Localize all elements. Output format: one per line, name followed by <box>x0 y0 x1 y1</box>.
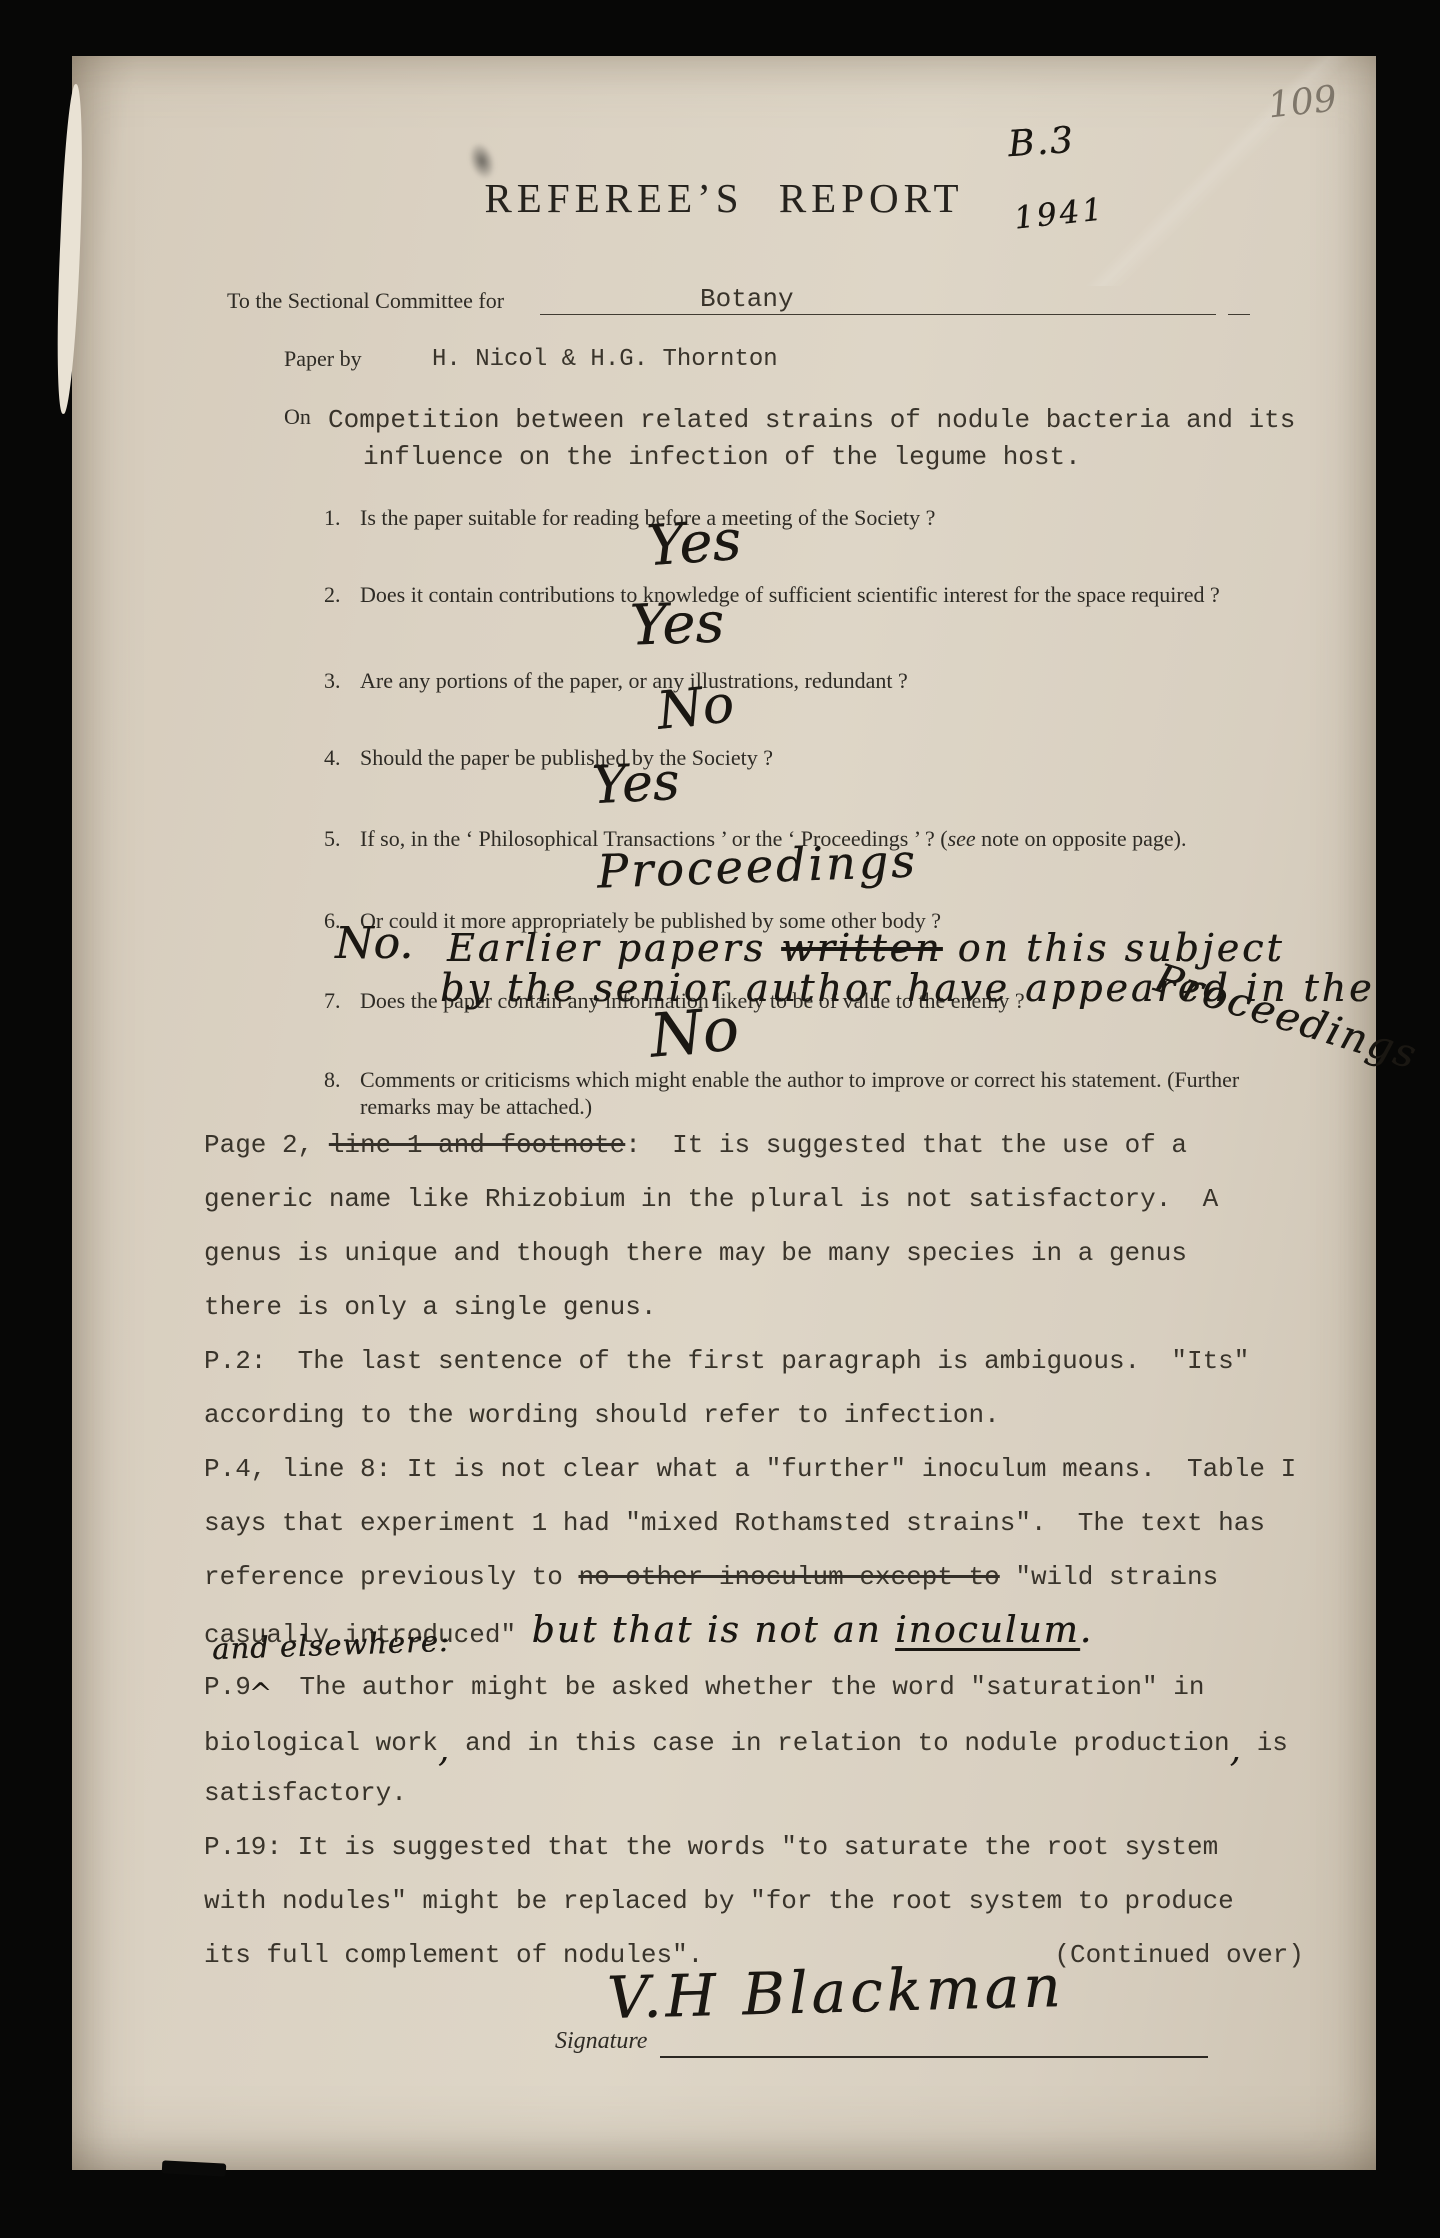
handwritten-caret: ^ <box>249 1677 272 1710</box>
typed-text: biological work <box>204 1728 438 1758</box>
comment-line: P.4, line 8: It is not clear what a "fur… <box>204 1442 1370 1496</box>
paper-by-label: Paper by <box>284 346 362 372</box>
typed-text: P.19: It is suggested that the words "to… <box>204 1832 1218 1862</box>
typed-text: P.4, line 8: It is not clear what a "fur… <box>204 1454 1296 1484</box>
handwritten-insertion: . <box>1080 1610 1093 1651</box>
handwritten-file-ref: B.3 <box>1007 120 1077 166</box>
committee-label: To the Sectional Committee for <box>227 288 504 314</box>
comment-line: Page 2, line 1 and footnote: It is sugge… <box>204 1118 1370 1172</box>
torn-edge <box>53 84 87 415</box>
question-4-text: Should the paper be published by the Soc… <box>360 745 773 770</box>
bottom-edge-nick <box>162 2160 227 2176</box>
question-8-number: 8. <box>324 1066 360 1093</box>
committee-blank-line-dash <box>1228 286 1250 315</box>
typed-text: according to the wording should refer to… <box>204 1400 1000 1430</box>
question-3-text: Are any portions of the paper, or any il… <box>360 668 908 693</box>
paper-subject: Competition between related strains of n… <box>328 402 1323 476</box>
answer-6-struck-word: written <box>781 926 942 970</box>
typed-text: is <box>1241 1728 1288 1758</box>
document-page: 109 B.3 REFEREE’S REPORT 1941 To the Sec… <box>72 56 1376 2170</box>
question-7-number: 7. <box>324 987 360 1014</box>
question-5-text-italic: see <box>948 826 976 851</box>
question-8: 8.Comments or criticisms which might ena… <box>324 1066 1290 1120</box>
typed-text-struck: line 1 and footnote <box>329 1130 625 1160</box>
typed-text: satisfactory. <box>204 1778 407 1808</box>
question-3: 3.Are any portions of the paper, or any … <box>324 667 1290 694</box>
typed-text: with nodules" might be replaced by "for … <box>204 1886 1234 1916</box>
comment-line: there is only a single genus. <box>204 1280 1370 1334</box>
question-1-number: 1. <box>324 504 360 531</box>
question-3-number: 3. <box>324 667 360 694</box>
comment-line: P.19: It is suggested that the words "to… <box>204 1820 1370 1874</box>
comment-line: biological work, and in this case in rel… <box>204 1712 1370 1766</box>
typed-text: P.9 <box>204 1672 251 1702</box>
comment-paragraph: P.19: It is suggested that the words "to… <box>204 1820 1370 1982</box>
question-8-text: Comments or criticisms which might enabl… <box>360 1067 1239 1119</box>
comment-line: P.2: The last sentence of the first para… <box>204 1334 1370 1388</box>
handwritten-answer-7: No <box>647 994 741 1071</box>
typed-text: genus is unique and though there may be … <box>204 1238 1187 1268</box>
signature-label: Signature <box>555 2028 647 2055</box>
handwritten-comma: , <box>1230 1729 1241 1770</box>
comment-line: with nodules" might be replaced by "for … <box>204 1874 1370 1928</box>
page-title: REFEREE’S REPORT <box>72 174 1376 222</box>
question-5-number: 5. <box>324 825 360 852</box>
subject-label: On <box>284 404 311 430</box>
question-2-text: Does it contain contributions to knowled… <box>360 582 1220 607</box>
handwritten-comma: , <box>438 1729 449 1770</box>
handwritten-answer-6-no: No. <box>335 918 413 969</box>
comment-paragraph: P.9^ The author might be asked whether t… <box>204 1658 1370 1820</box>
comment-line: reference previously to no other inoculu… <box>204 1550 1370 1604</box>
comment-line: generic name like Rhizobium in the plura… <box>204 1172 1370 1226</box>
typed-text: P.2: The last sentence of the first para… <box>204 1346 1249 1376</box>
comment-line: according to the wording should refer to… <box>204 1388 1370 1442</box>
pencil-page-number: 109 <box>1266 79 1339 127</box>
referee-signature: V.H Blackman <box>606 1952 1065 2032</box>
typed-text: there is only a single genus. <box>204 1292 656 1322</box>
question-2: 2.Does it contain contributions to knowl… <box>324 581 1290 608</box>
answer-6-line1a: Earlier papers <box>447 926 781 970</box>
handwritten-insertion: but that is not an <box>532 1610 895 1651</box>
typed-text: says that experiment 1 had "mixed Rotham… <box>204 1508 1265 1538</box>
typed-text: and in this case in relation to nodule p… <box>450 1728 1230 1758</box>
typed-text: The author might be asked whether the wo… <box>268 1672 1204 1702</box>
question-4-number: 4. <box>324 744 360 771</box>
typed-text-struck: no other inoculum except to <box>578 1562 999 1592</box>
handwritten-answer-5: Proceedings <box>596 833 918 898</box>
handwritten-answer-4: Yes <box>590 752 680 816</box>
committee-value: Botany <box>700 284 794 314</box>
scan-background: 109 B.3 REFEREE’S REPORT 1941 To the Sec… <box>0 0 1440 2238</box>
handwritten-answer-1: Yes <box>645 508 743 579</box>
answer-6-line1b: on this subject <box>943 926 1285 970</box>
comment-line: genus is unique and though there may be … <box>204 1226 1370 1280</box>
continued-over-note: (Continued over) <box>1054 1928 1304 1982</box>
comment-paragraph: Page 2, line 1 and footnote: It is sugge… <box>204 1118 1370 1334</box>
typed-text: reference previously to <box>204 1562 578 1592</box>
handwritten-answer-3: No <box>654 674 737 742</box>
paper-by-authors: H. Nicol & H.G. Thornton <box>432 346 778 373</box>
typed-text: generic name like Rhizobium in the plura… <box>204 1184 1218 1214</box>
comment-line: P.9^ The author might be asked whether t… <box>204 1658 1370 1712</box>
question-1: 1.Is the paper suitable for reading befo… <box>324 504 1290 531</box>
signature-rule <box>660 2026 1208 2058</box>
comments-block: Page 2, line 1 and footnote: It is sugge… <box>204 1118 1370 1982</box>
committee-blank-line <box>540 286 1216 315</box>
typed-text: Page 2, <box>204 1130 329 1160</box>
comment-paragraph: P.2: The last sentence of the first para… <box>204 1334 1370 1442</box>
question-2-number: 2. <box>324 581 360 608</box>
comment-line: says that experiment 1 had "mixed Rotham… <box>204 1496 1370 1550</box>
typed-text: : It is suggested that the use of a <box>625 1130 1187 1160</box>
question-4: 4.Should the paper be published by the S… <box>324 744 1290 771</box>
handwritten-insertion-underlined: inoculum <box>895 1610 1080 1651</box>
comment-line: satisfactory. <box>204 1766 1370 1820</box>
handwritten-answer-2: Yes <box>629 590 725 658</box>
question-5-text-end: note on opposite page). <box>976 826 1187 851</box>
typed-text: "wild strains <box>1000 1562 1218 1592</box>
